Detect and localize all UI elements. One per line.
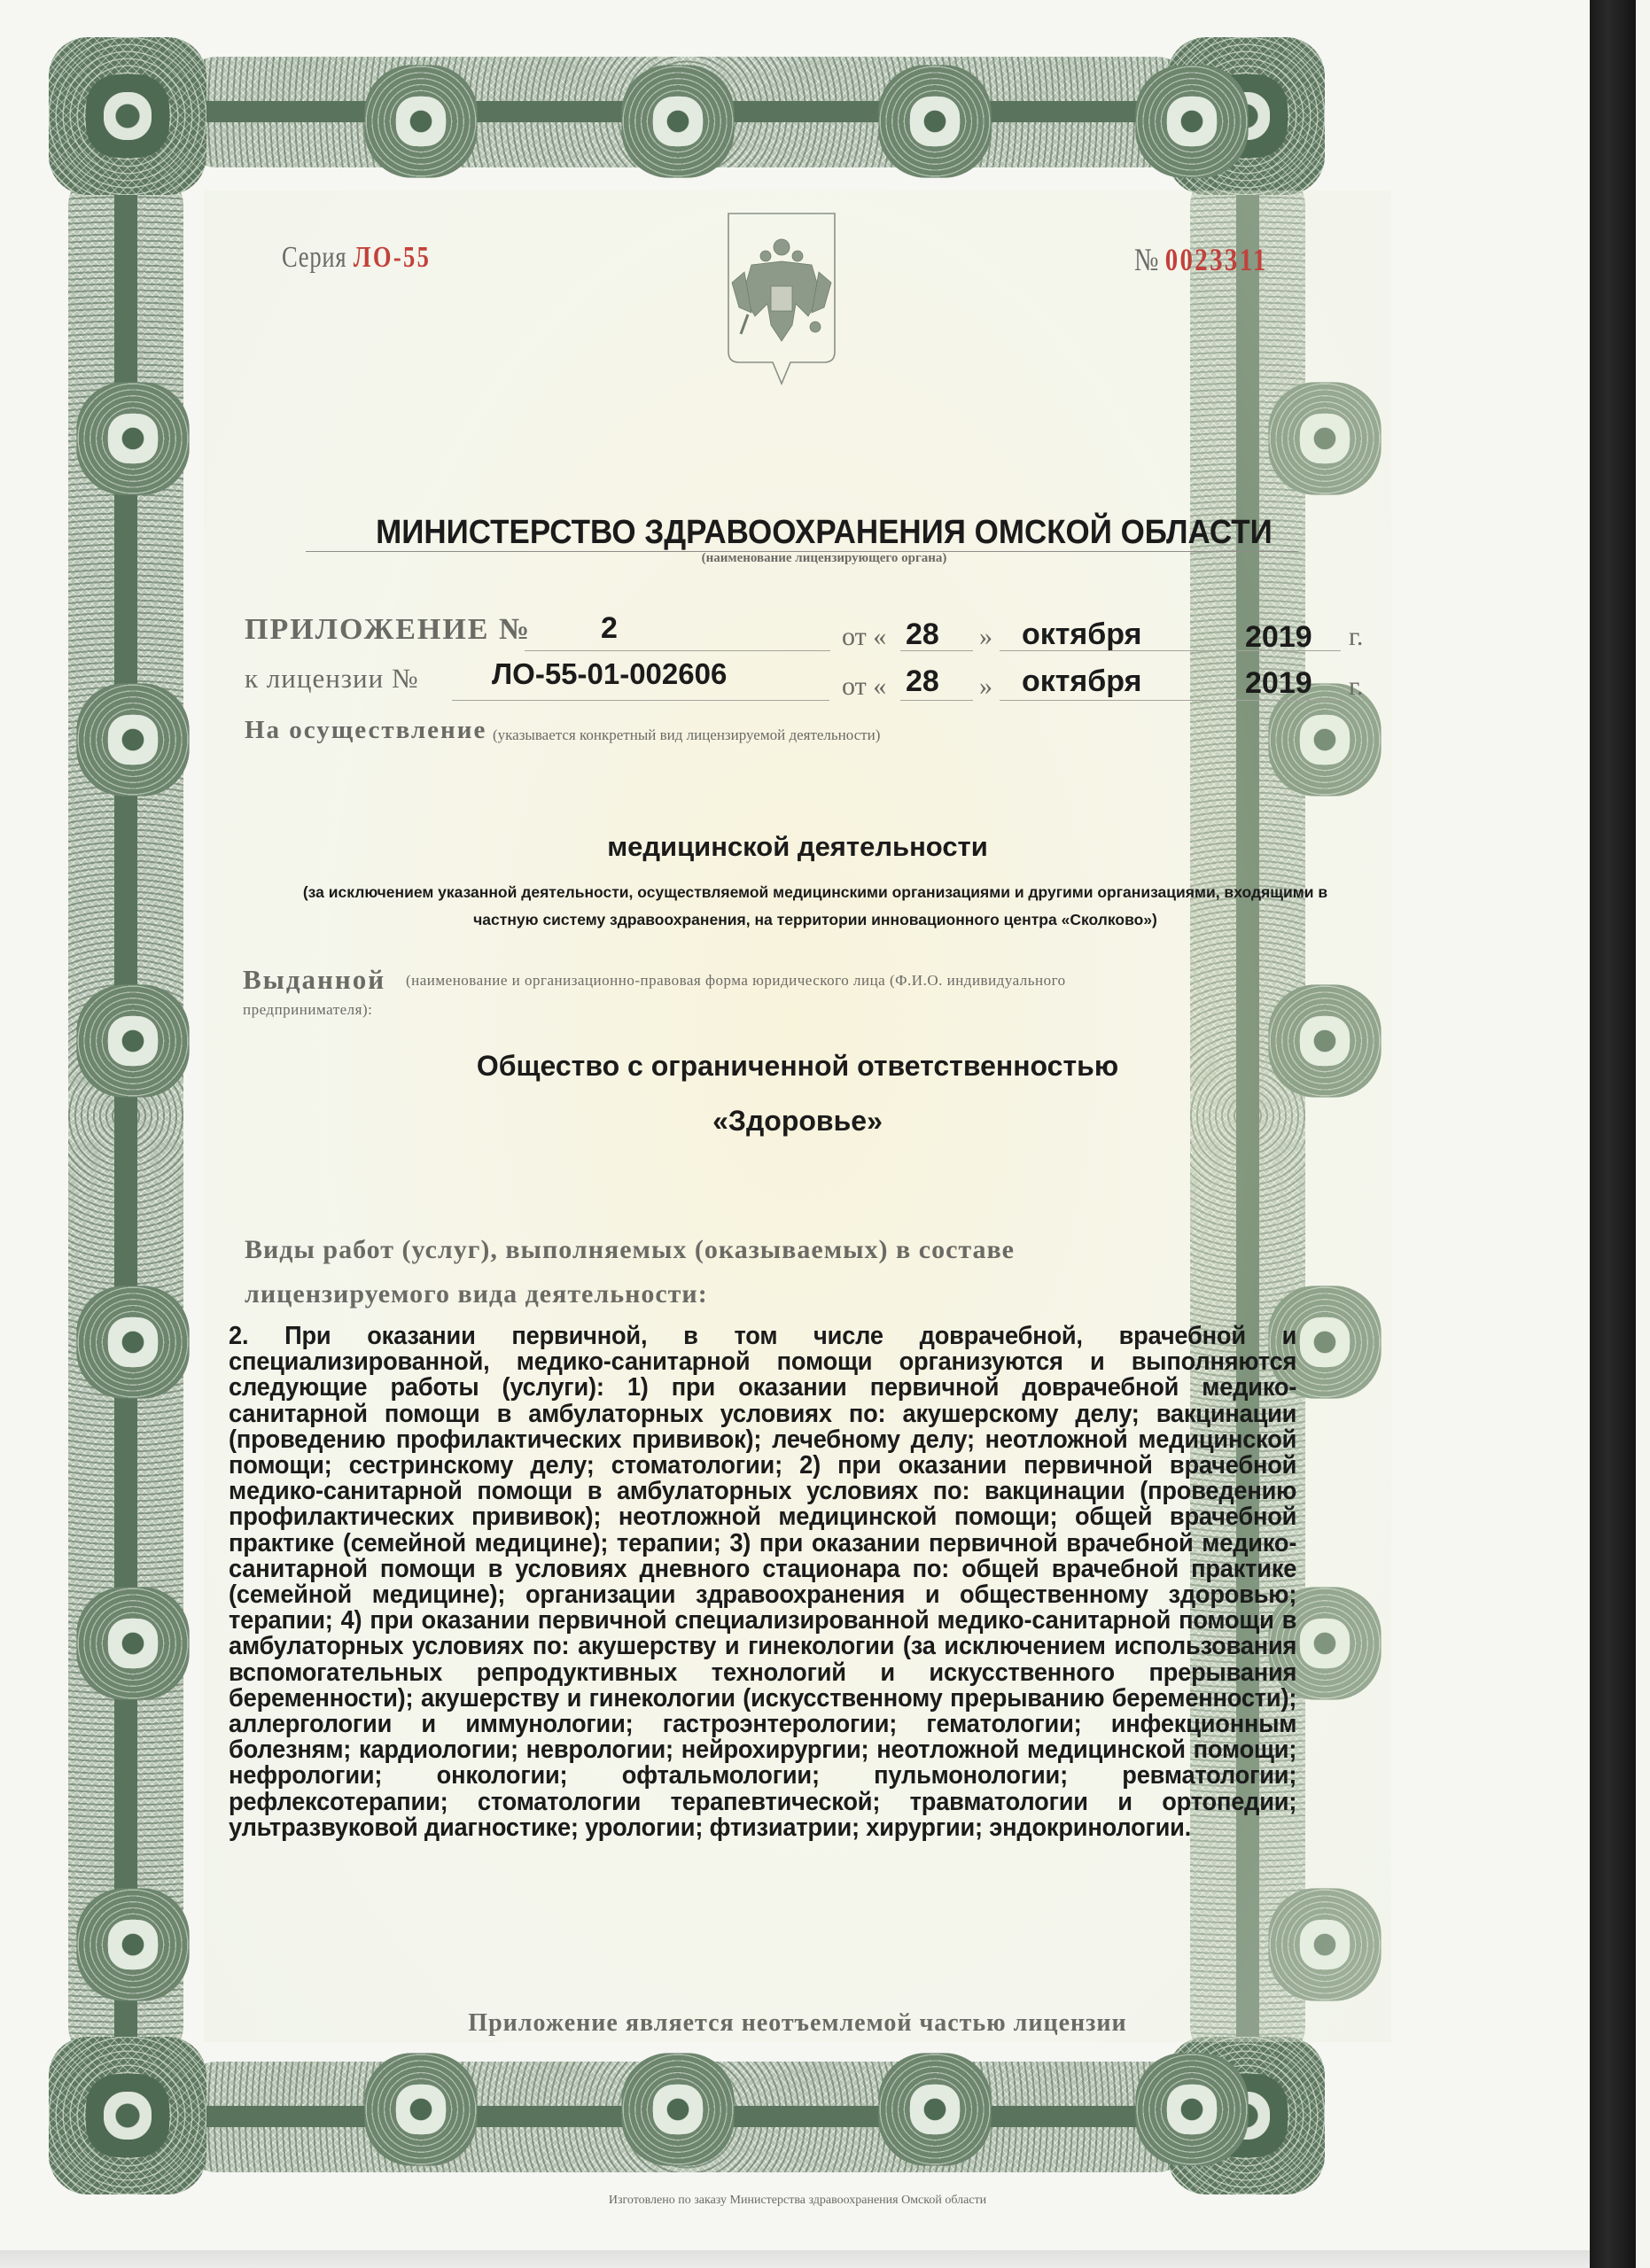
license-label: к лицензии № xyxy=(245,663,419,695)
license-number-field xyxy=(452,700,829,701)
appendix-number: 2 xyxy=(601,611,618,646)
license-day: 28 xyxy=(906,664,939,699)
org-legal-form: Общество с ограниченной ответственностью xyxy=(266,1038,1329,1093)
border-medallion-icon xyxy=(76,1587,190,1700)
license-year: 2019 xyxy=(1245,666,1312,701)
quote-close: » xyxy=(979,622,992,652)
series-label: Серия xyxy=(282,241,346,274)
activity-note-line: (за исключением указанной деятельности, … xyxy=(257,879,1374,906)
appendix-month: октября xyxy=(1022,617,1141,652)
border-medallion-icon xyxy=(76,683,190,796)
number-label: № xyxy=(1134,242,1158,277)
appendix-day: 28 xyxy=(906,617,939,652)
org-name: «Здоровье» xyxy=(266,1093,1329,1148)
border-medallion-icon xyxy=(1135,65,1249,178)
border-medallion-icon xyxy=(1135,2053,1249,2166)
border-medallion-icon xyxy=(621,2053,735,2166)
year-suffix: г. xyxy=(1349,672,1363,702)
border-medallion-icon xyxy=(621,65,735,178)
border-medallion-icon xyxy=(76,382,190,495)
activity-note: (за исключением указанной деятельности, … xyxy=(257,879,1374,934)
border-corner-rosette-icon xyxy=(49,2037,206,2194)
form-number: № 0023311 xyxy=(1134,241,1268,278)
series-value: ЛО-55 xyxy=(354,241,431,274)
appendix-year: 2019 xyxy=(1245,620,1312,655)
border-medallion-icon xyxy=(364,2053,478,2166)
license-from-label: от « xyxy=(842,672,886,702)
border-medallion-icon xyxy=(76,984,190,1098)
border-medallion-icon xyxy=(878,65,992,178)
quote-close: » xyxy=(979,672,992,702)
services-list: 2. При оказании первичной, в том числе д… xyxy=(229,1324,1296,1841)
border-medallion-icon xyxy=(76,1285,190,1399)
activity-note-line: частную систему здравоохранения, на терр… xyxy=(257,906,1374,934)
border-medallion-icon xyxy=(76,1888,190,2001)
year-suffix: г. xyxy=(1349,622,1363,652)
purpose-label: На осуществление xyxy=(245,716,486,745)
border-medallion-icon xyxy=(364,65,478,178)
license-day-field xyxy=(900,700,973,701)
issued-caption: (наименование и организационно-правовая … xyxy=(406,972,1066,990)
border-medallion-icon xyxy=(878,2053,992,2166)
organization-name: Общество с ограниченной ответственностью… xyxy=(266,1038,1329,1148)
series: Серия ЛО-55 xyxy=(282,241,431,275)
issued-label: Выданной xyxy=(243,964,385,996)
appendix-integral-note: Приложение является неотъемлемой частью … xyxy=(266,2009,1329,2038)
appendix-from-label: от « xyxy=(842,622,886,652)
licensing-authority-caption: (наименование лицензирующего органа) xyxy=(266,551,1382,566)
purpose-caption: (указывается конкретный вид лицензируемо… xyxy=(493,726,880,744)
scanner-edge xyxy=(1590,0,1636,2268)
license-number: ЛО-55-01-002606 xyxy=(492,657,727,691)
border-corner-rosette-icon xyxy=(49,37,206,195)
licensed-activity: медицинской деятельности xyxy=(266,831,1329,863)
scanner-edge-bottom xyxy=(0,2250,1590,2268)
licensing-authority: МИНИСТЕРСТВО ЗДРАВООХРАНЕНИЯ ОМСКОЙ ОБЛА… xyxy=(310,514,1337,552)
number-value: 0023311 xyxy=(1165,242,1268,277)
issued-caption-cont: предпринимателя): xyxy=(243,1001,372,1019)
appendix-label: ПРИЛОЖЕНИЕ № xyxy=(245,613,531,647)
license-month: октября xyxy=(1022,664,1141,699)
coat-of-arms-icon xyxy=(725,210,838,387)
services-label-cont: лицензируемого вида деятельности: xyxy=(245,1279,708,1309)
printer-note: Изготовлено по заказу Министерства здрав… xyxy=(266,2194,1329,2208)
license-page: Серия ЛО-55 № 0023311 МИНИСТЕРСТВО ЗДРАВ… xyxy=(0,0,1590,2250)
services-label: Виды работ (услуг), выполняемых (оказыва… xyxy=(245,1235,1015,1265)
appendix-number-field xyxy=(525,650,830,651)
